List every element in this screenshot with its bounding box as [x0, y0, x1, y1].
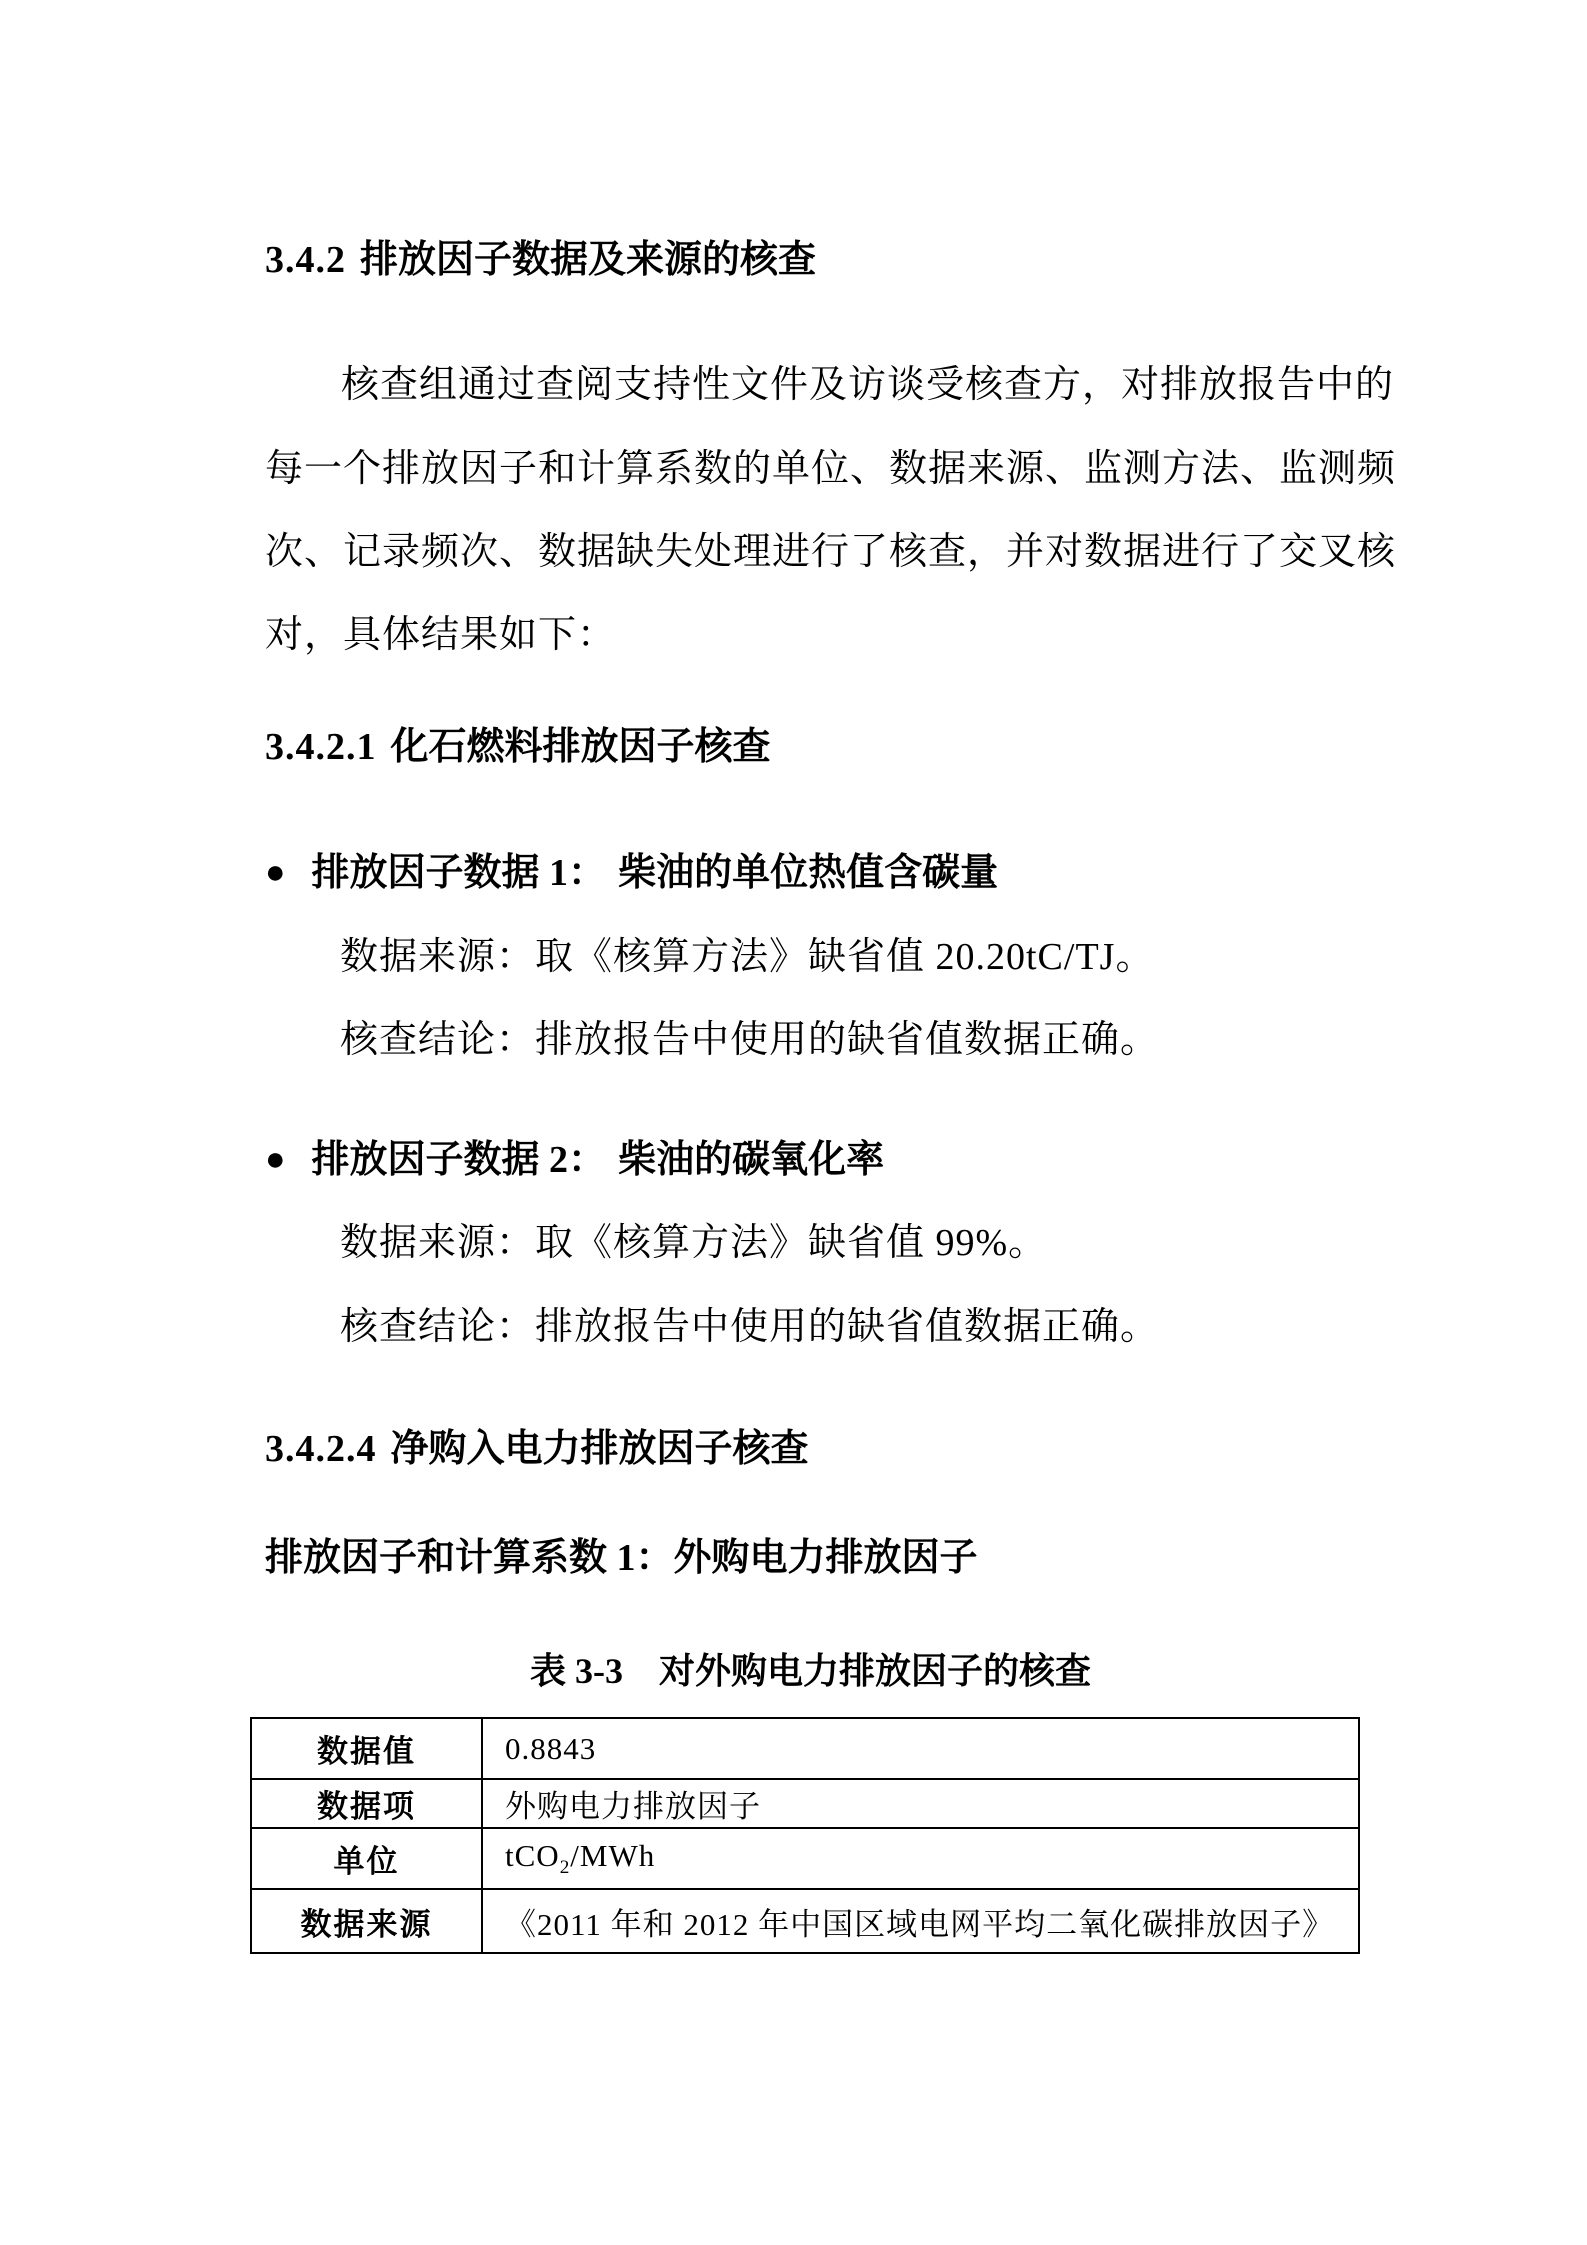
table-caption-label: 表 3-3 — [530, 1651, 623, 1691]
factor-label: 排放因子数据 1： — [312, 852, 607, 894]
table-row: 单位 tCO2/MWh — [251, 1828, 1359, 1889]
intro-paragraph-line: 核查组通过查阅支持性文件及访谈受核查方，对排放报告中的 — [265, 362, 1394, 410]
unit-prefix: tCO — [505, 1838, 560, 1873]
table-caption: 表 3-3对外购电力排放因子的核查 — [265, 1643, 1356, 1694]
section-number: 3.4.2 — [265, 239, 346, 281]
table-row: 数据值 0.8843 — [251, 1718, 1359, 1779]
bullet-icon: ● — [265, 1139, 286, 1182]
unit-subscript: 2 — [560, 1857, 571, 1878]
factor-conclusion: 核查结论：排放报告中使用的缺省值数据正确。 — [340, 1017, 1159, 1065]
section-heading-3421: 3.4.2.1化石燃料排放因子核查 — [265, 725, 771, 771]
section-title: 排放因子数据及来源的核查 — [360, 239, 816, 281]
factor-source: 数据来源：取《核算方法》缺省值 20.20tC/TJ。 — [340, 934, 1154, 982]
intro-paragraph-line: 对，具体结果如下： — [265, 612, 616, 660]
table-row: 数据来源 《2011 年和 2012 年中国区域电网平均二氧化碳排放因子》 — [251, 1889, 1359, 1953]
row-header: 数据值 — [251, 1718, 482, 1779]
section-title: 净购入电力排放因子核查 — [391, 1428, 809, 1470]
section-number: 3.4.2.4 — [265, 1428, 377, 1470]
document-page: 3.4.2排放因子数据及来源的核查 核查组通过查阅支持性文件及访谈受核查方，对排… — [0, 0, 1587, 2245]
row-value: 《2011 年和 2012 年中国区域电网平均二氧化碳排放因子》 — [482, 1889, 1359, 1953]
row-value: 0.8843 — [482, 1718, 1359, 1779]
intro-paragraph-line: 每一个排放因子和计算系数的单位、数据来源、监测方法、监测频 — [265, 446, 1396, 494]
coefficient-heading: 排放因子和计算系数 1：外购电力排放因子 — [265, 1535, 978, 1583]
intro-paragraph-line: 次、记录频次、数据缺失处理进行了核查，并对数据进行了交叉核 — [265, 529, 1396, 577]
factor-label: 排放因子数据 2： — [312, 1139, 607, 1181]
row-value-unit: tCO2/MWh — [482, 1828, 1359, 1889]
factor-name: 柴油的单位热值含碳量 — [618, 852, 998, 894]
row-header: 单位 — [251, 1828, 482, 1889]
factor-source: 数据来源：取《核算方法》缺省值 99%。 — [340, 1220, 1047, 1268]
row-value: 外购电力排放因子 — [482, 1779, 1359, 1828]
factor-item-2-heading: ●排放因子数据 2：柴油的碳氧化率 — [265, 1137, 884, 1185]
bullet-icon: ● — [265, 852, 286, 895]
factor-item-1-heading: ●排放因子数据 1：柴油的单位热值含碳量 — [265, 850, 998, 898]
section-title: 化石燃料排放因子核查 — [391, 726, 771, 768]
table-row: 数据项 外购电力排放因子 — [251, 1779, 1359, 1828]
section-heading-3424: 3.4.2.4净购入电力排放因子核查 — [265, 1427, 809, 1473]
unit-suffix: /MWh — [570, 1838, 655, 1873]
table-caption-title: 对外购电力排放因子的核查 — [659, 1651, 1091, 1691]
factor-name: 柴油的碳氧化率 — [618, 1139, 884, 1181]
row-header: 数据来源 — [251, 1889, 482, 1953]
table-3-3: 数据值 0.8843 数据项 外购电力排放因子 单位 tCO2/MWh 数据来源… — [250, 1717, 1360, 1954]
row-header: 数据项 — [251, 1779, 482, 1828]
section-number: 3.4.2.1 — [265, 726, 377, 768]
factor-conclusion: 核查结论：排放报告中使用的缺省值数据正确。 — [340, 1304, 1159, 1352]
section-heading-342: 3.4.2排放因子数据及来源的核查 — [265, 238, 816, 284]
